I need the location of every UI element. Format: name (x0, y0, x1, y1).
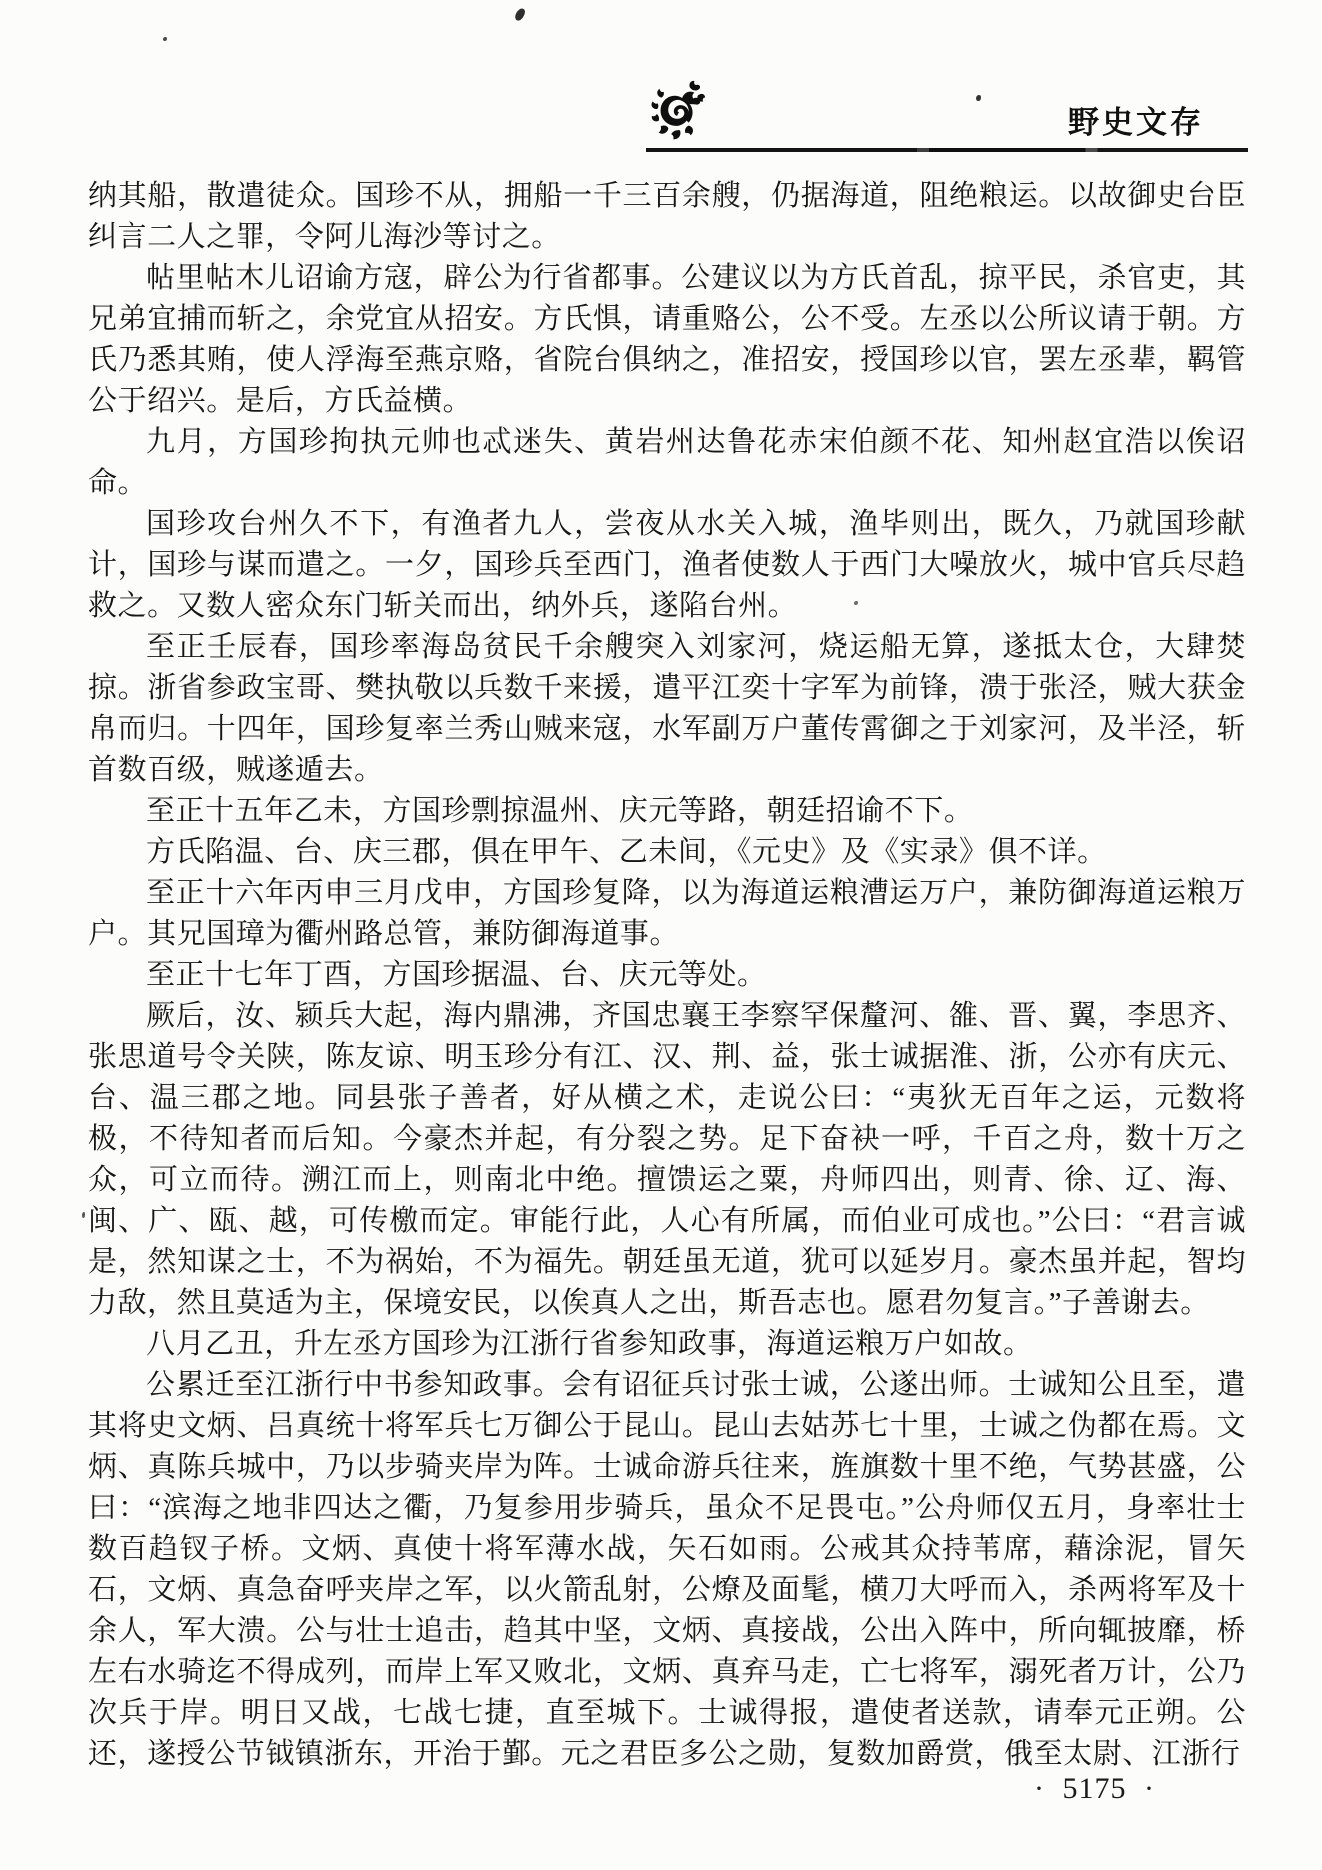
paragraph: 纳其船，散遣徒众。国珍不从，拥船一千三百余艘，仍据海道，阻绝粮运。以故御史台臣纠… (88, 176, 1246, 258)
paragraph: 方氏陷温、台、庆三郡，俱在甲午、乙未间，《元史》及《实录》俱不详。 (88, 832, 1246, 873)
scan-speck (514, 7, 527, 22)
dragon-ornament-icon (650, 78, 708, 148)
text-block: 纳其船，散遣徒众。国珍不从，拥船一千三百余艘，仍据海道，阻绝粮运。以故御史台臣纠… (88, 176, 1246, 1775)
paragraph: 九月，方国珍拘执元帅也忒迷失、黄岩州达鲁花赤宋伯颜不花、知州赵宜浩以俟诏命。 (88, 422, 1246, 504)
paragraph: 厥后，汝、颍兵大起，海内鼎沸，齐国忠襄王李察罕保釐河、雒、晋、翼，李思齐、张思道… (88, 996, 1246, 1324)
paragraph: 国珍攻台州久不下，有渔者九人，尝夜从水关入城，渔毕则出，既久，乃就国珍献计，国珍… (88, 504, 1246, 627)
scanned-book-page: 野史文存 纳其船，散遣徒众。国珍不从，拥船一千三百余艘，仍据海道，阻绝粮运。以故… (0, 0, 1322, 1870)
paragraph: 帖里帖木儿诏谕方寇，辟公为行省都事。公建议以为方氏首乱，掠平民，杀官吏，其兄弟宜… (88, 258, 1246, 422)
page-number: · 5175 · (1034, 1772, 1155, 1806)
header-rule (646, 148, 1248, 152)
scan-speck (82, 1212, 85, 1218)
scan-speck (163, 37, 167, 41)
paragraph: 至正壬辰春，国珍率海岛贫民千余艘突入刘家河，烧运船无算，遂抵太仓，大肆焚掠。浙省… (88, 627, 1246, 791)
paragraph: 八月乙丑，升左丞方国珍为江浙行省参知政事，海道运粮万户如故。 (88, 1324, 1246, 1365)
paragraph: 至正十七年丁酉，方国珍据温、台、庆元等处。 (88, 955, 1246, 996)
paragraph: 至正十六年丙申三月戊申，方国珍复降，以为海道运粮漕运万户，兼防御海道运粮万户。其… (88, 873, 1246, 955)
scan-speck (976, 95, 981, 101)
paragraph: 至正十五年乙未，方国珍剽掠温州、庆元等路，朝廷招谕不下。 (88, 791, 1246, 832)
paragraph: 公累迁至江浙行中书参知政事。会有诏征兵讨张士诚，公遂出师。士诚知公且至，遣其将史… (88, 1365, 1246, 1775)
book-title: 野史文存 (1068, 97, 1204, 142)
